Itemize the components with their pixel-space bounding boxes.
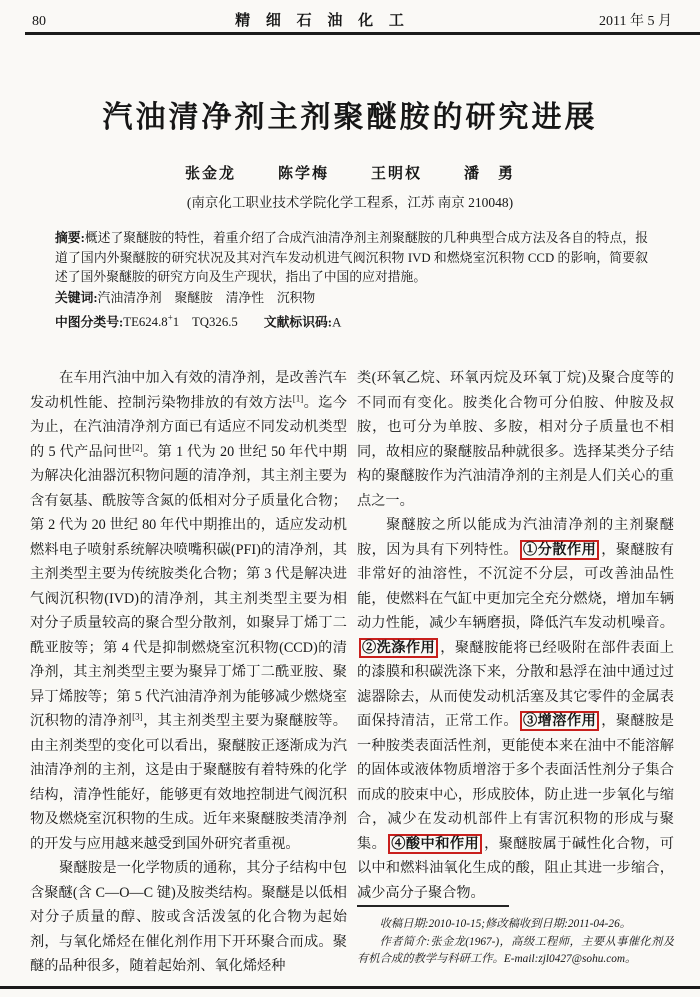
author-name: 王明权 [371,162,422,183]
bottom-scan-rule [0,986,700,989]
abstract-paragraph: 摘要:概述了聚醚胺的特性，着重介绍了合成汽油清净剂主剂聚醚胺的几种典型合成方法及… [55,229,648,288]
footnote-divider [357,905,509,907]
left-column: 在车用汽油中加入有效的清净剂，是改善汽车发动机性能、控制污染物排放的有效方法[1… [30,366,347,978]
keywords-label: 关键词: [55,291,98,305]
abstract-text: 概述了聚醚胺的特性，着重介绍了合成汽油清净剂主剂聚醚胺的几种典型合成方法及各自的… [55,231,648,284]
article-title: 汽油清净剂主剂聚醚胺的研究进展 [0,92,700,136]
body-paragraph: 类(环氧乙烷、环氧丙烷及环氧丁烷)及聚合度等的不同而有变化。胺类化合物可分伯胺、… [357,366,674,513]
body-paragraph: 在车用汽油中加入有效的清净剂，是改善汽车发动机性能、控制污染物排放的有效方法[1… [30,366,347,856]
footnote-block: 收稿日期:2010-10-15;修改稿收到日期:2011-04-26。 作者简介… [357,905,674,969]
abstract-label: 摘要: [55,231,85,245]
reference-superscript: [1] [293,393,304,403]
highlighted-term-box: ②洗涤作用 [359,638,438,658]
footnote-author-bio: 作者简介:张金龙(1967-)，高级工程师，主要从事催化剂及有机合成的教学与科研… [357,934,674,969]
author-name: 潘 勇 [464,162,515,183]
reference-superscript: [2] [132,442,143,452]
doc-code-value: A [332,315,341,329]
page-number: 80 [32,14,46,30]
author-name: 陈学梅 [278,162,329,183]
issue-date: 2011 年 5 月 [599,10,672,30]
clc-label: 中图分类号: [55,315,123,329]
body-paragraph: 聚醚胺之所以能成为汽油清净剂的主剂聚醚胺，因为具有下列特性。①分散作用，聚醚胺有… [357,513,674,903]
body-paragraph: 聚醚胺是一化学物质的通称，其分子结构中包含聚醚(含 C—O—C 键)及胺类结构。… [30,856,347,978]
header-rule [25,32,700,35]
footnote-received-date: 收稿日期:2010-10-15;修改稿收到日期:2011-04-26。 [357,916,674,934]
abstract-block: 摘要:概述了聚醚胺的特性，着重介绍了合成汽油清净剂主剂聚醚胺的几种典型合成方法及… [55,229,648,333]
authors-row: 张金龙 陈学梅 王明权 潘 勇 [0,162,700,183]
clc-value: TE624.8+1 TQ326.5 [123,315,238,329]
journal-title: 精 细 石 油 化 工 [235,9,410,30]
scanned-paper-page: 80 精 细 石 油 化 工 2011 年 5 月 汽油清净剂主剂聚醚胺的研究进… [0,0,700,997]
keywords-line: 关键词:汽油清净剂 聚醚胺 清净性 沉积物 [55,289,648,309]
right-column: 类(环氧乙烷、环氧丙烷及环氧丁烷)及聚合度等的不同而有变化。胺类化合物可分伯胺、… [357,366,674,903]
doc-code-label: 文献标识码: [264,315,332,329]
highlighted-term-box: ③增溶作用 [520,711,599,731]
classification-line: 中图分类号:TE624.8+1 TQ326.5文献标识码:A [55,309,648,333]
highlighted-term-box: ①分散作用 [520,540,599,560]
keywords-text: 汽油清净剂 聚醚胺 清净性 沉积物 [98,291,316,305]
reference-superscript: [3] [132,711,143,721]
author-name: 张金龙 [185,162,236,183]
affiliation: (南京化工职业技术学院化学工程系，江苏 南京 210048) [0,191,700,211]
highlighted-term-box: ④酸中和作用 [388,834,482,854]
page-header: 80 精 细 石 油 化 工 2011 年 5 月 [32,9,672,30]
